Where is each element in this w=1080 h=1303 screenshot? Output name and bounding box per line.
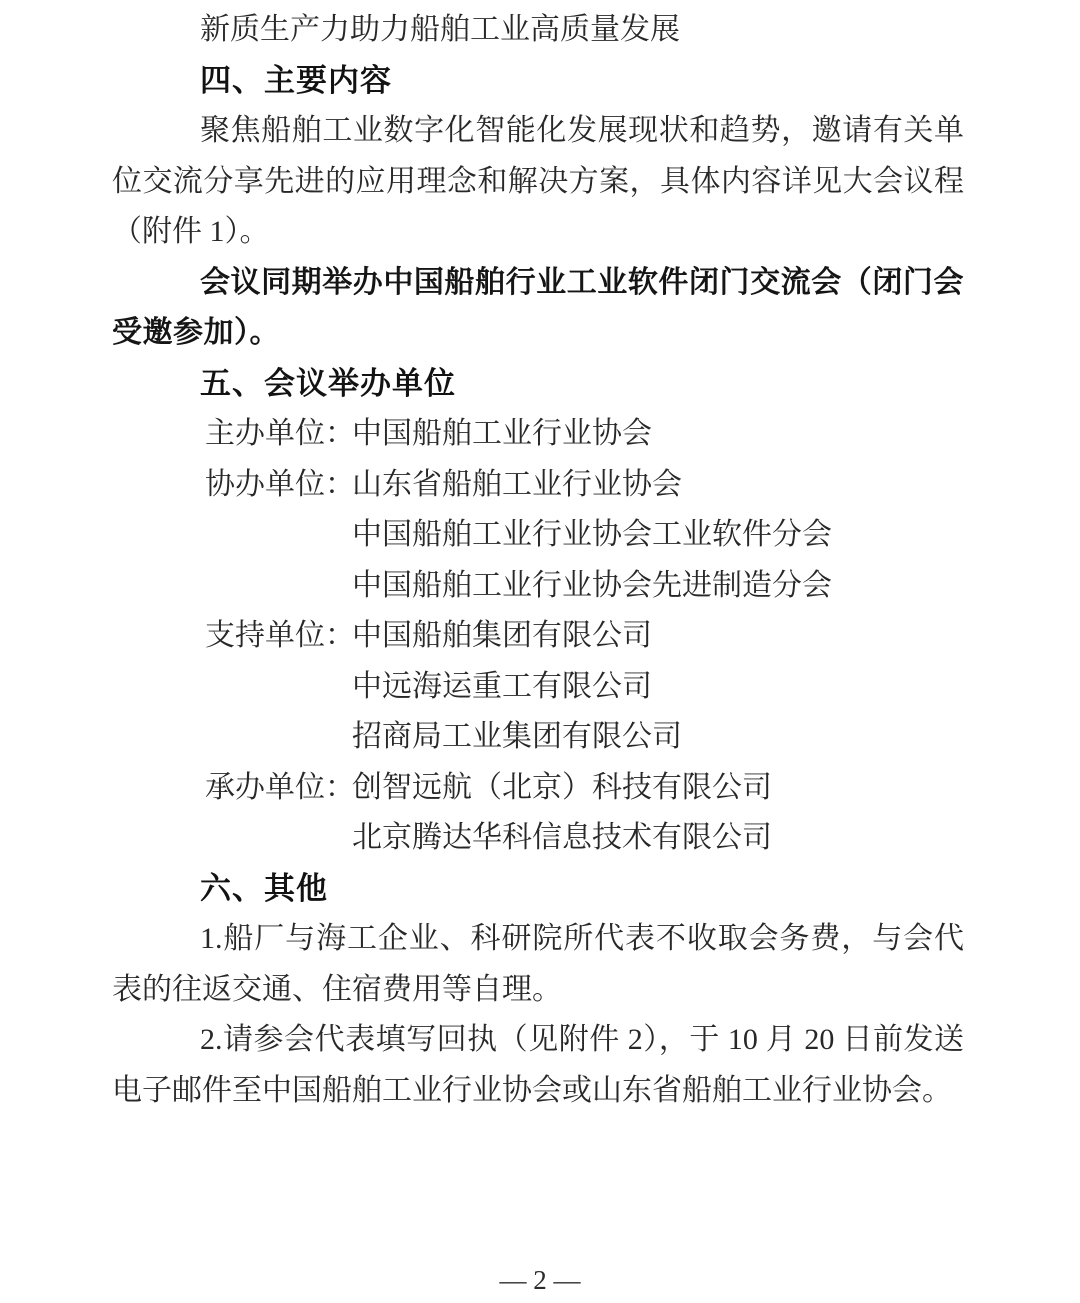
organizer-label-cohost: 协办单位： <box>205 460 352 612</box>
section-heading-organizers: 五、会议举办单位 <box>112 359 964 410</box>
organizer-label-undertaker: 承办单位： <box>205 763 352 864</box>
paragraph-fees: 1.船厂与海工企业、科研院所代表不收取会务费，与会代表的往返交通、住宿费用等自理… <box>112 914 964 1015</box>
organizer-label-host: 主办单位： <box>205 409 352 460</box>
paragraph-registration: 2.请参会代表填写回执（见附件 2），于 10 月 20 日前发送电子邮件至中国… <box>112 1015 964 1116</box>
organization-name: 北京腾达华科信息技术有限公司 <box>352 813 964 864</box>
section-heading-main-content: 四、主要内容 <box>112 56 964 107</box>
organizer-label-support: 支持单位： <box>205 611 352 763</box>
organization-name: 中国船舶工业行业协会 <box>352 409 964 460</box>
organizer-values-cohost: 山东省船舶工业行业协会 中国船舶工业行业协会工业软件分会 中国船舶工业行业协会先… <box>352 460 964 612</box>
organization-name: 招商局工业集团有限公司 <box>352 712 964 763</box>
organizer-row-support: 支持单位： 中国船舶集团有限公司 中远海运重工有限公司 招商局工业集团有限公司 <box>112 611 964 763</box>
section-heading-other: 六、其他 <box>112 864 964 915</box>
organization-name: 中国船舶集团有限公司 <box>352 611 964 662</box>
document-body: 新质生产力助力船舶工业高质量发展 四、主要内容 聚焦船舶工业数字化智能化发展现状… <box>112 5 964 1116</box>
organization-name: 中国船舶工业行业协会工业软件分会 <box>352 510 964 561</box>
organizer-values-support: 中国船舶集团有限公司 中远海运重工有限公司 招商局工业集团有限公司 <box>352 611 964 763</box>
paragraph-main-content: 聚焦船舶工业数字化智能化发展现状和趋势，邀请有关单位交流分享先进的应用理念和解决… <box>112 106 964 258</box>
organization-name: 中国船舶工业行业协会先进制造分会 <box>352 561 964 612</box>
paragraph-closed-door-meeting: 会议同期举办中国船舶行业工业软件闭门交流会（闭门会受邀参加）。 <box>112 258 964 359</box>
organization-name: 中远海运重工有限公司 <box>352 662 964 713</box>
page-number: — 2 — <box>0 1260 1080 1300</box>
intro-line: 新质生产力助力船舶工业高质量发展 <box>112 5 964 56</box>
organizer-row-undertaker: 承办单位： 创智远航（北京）科技有限公司 北京腾达华科信息技术有限公司 <box>112 763 964 864</box>
organization-name: 创智远航（北京）科技有限公司 <box>352 763 964 814</box>
organizer-values-host: 中国船舶工业行业协会 <box>352 409 964 460</box>
organizer-values-undertaker: 创智远航（北京）科技有限公司 北京腾达华科信息技术有限公司 <box>352 763 964 864</box>
organizer-row-cohost: 协办单位： 山东省船舶工业行业协会 中国船舶工业行业协会工业软件分会 中国船舶工… <box>112 460 964 612</box>
organizer-row-host: 主办单位： 中国船舶工业行业协会 <box>112 409 964 460</box>
organization-name: 山东省船舶工业行业协会 <box>352 460 964 511</box>
notice-page: 新质生产力助力船舶工业高质量发展 四、主要内容 聚焦船舶工业数字化智能化发展现状… <box>0 0 1080 1303</box>
